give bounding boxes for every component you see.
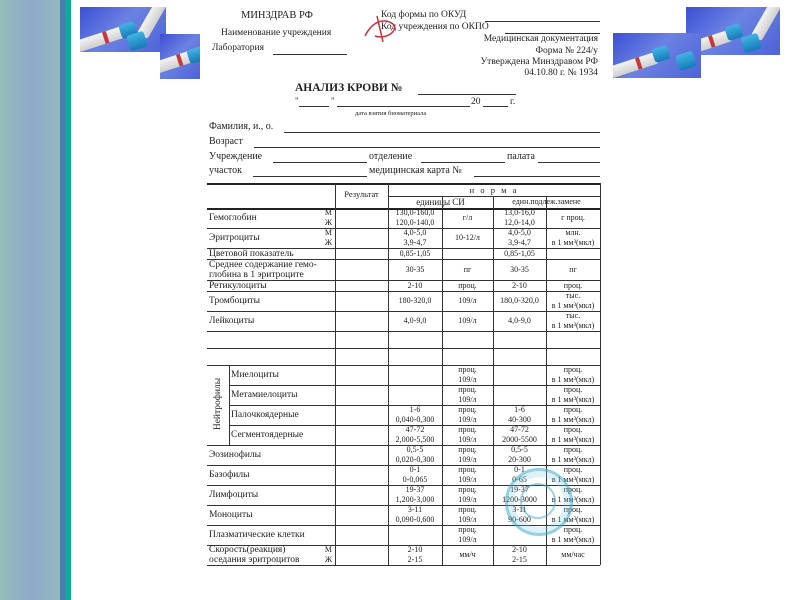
row-label: Ретикулоциты [209, 281, 267, 291]
si-range-cell: 0,85-1,05 [388, 249, 442, 259]
form-number: Форма № 224/у [536, 46, 598, 56]
neutrophils-group-label: Нейтрофилы [213, 371, 223, 437]
si-range-cell: 1-6 0,040-0,300 [388, 405, 442, 425]
institution-field-label: Учреждение [209, 151, 262, 162]
si-unit-cell: 10-12/л [442, 233, 493, 243]
alt-unit-cell: проц. в 1 мм³(мкл) [546, 405, 600, 425]
row-label: Моноциты [209, 510, 253, 520]
result-cell[interactable] [335, 280, 388, 291]
result-cell[interactable] [335, 545, 388, 565]
department-label: отделение [369, 151, 412, 162]
form-title: АНАЛИЗ КРОВИ № [295, 82, 402, 94]
row-label: Эозинофилы [209, 450, 261, 460]
si-range-cell: 4,0-5,0 3,9-4,7 [388, 228, 442, 248]
sex-marker: М Ж [315, 228, 332, 248]
column-divider [600, 183, 601, 565]
row-divider [207, 331, 600, 332]
alt-range-cell: 4,0-5,0 3,9-4,7 [493, 228, 546, 248]
okud-field[interactable] [485, 21, 600, 22]
row-label: Базофилы [209, 470, 249, 480]
result-cell[interactable] [335, 485, 388, 505]
sidebar-accent-strip-teal [65, 0, 71, 600]
alt-unit-cell: пг [546, 265, 600, 275]
slide-sidebar [0, 0, 60, 600]
si-range-cell: 0,5-5 0,020-0,300 [388, 445, 442, 465]
row-divider [207, 311, 600, 312]
alt-range-cell: 1-6 40-300 [493, 405, 546, 425]
row-label: Лейкоциты [209, 316, 254, 326]
result-cell[interactable] [335, 291, 388, 311]
column-divider [493, 196, 494, 565]
row-divider [207, 565, 600, 566]
alt-range-cell: 47-72 2000-5500 [493, 425, 546, 445]
laboratory-label: Лаборатория [212, 43, 264, 53]
approved-date: 04.10.80 г. № 1934 [524, 68, 598, 78]
si-range-cell: 4,0-9,0 [388, 316, 442, 326]
alt-range-cell: 0,85-1,05 [493, 249, 546, 259]
med-card-field[interactable] [474, 176, 600, 177]
row-divider [207, 348, 600, 349]
official-stamp [505, 468, 573, 536]
result-cell[interactable] [335, 425, 388, 445]
result-cell[interactable] [335, 405, 388, 425]
ward-field[interactable] [538, 162, 600, 163]
analysis-number-field[interactable] [418, 94, 516, 95]
age-label: Возраст [209, 136, 243, 147]
si-range-cell: 19-37 1,200-3,000 [388, 485, 442, 505]
result-cell[interactable] [335, 208, 388, 228]
district-field[interactable] [253, 176, 367, 177]
si-unit-cell: 109/л [442, 296, 493, 306]
blood-tubes-photo [160, 34, 200, 79]
signature-mark [363, 14, 403, 44]
name-label: Фамилия, и., о. [209, 121, 273, 132]
si-range-cell: 30-35 [388, 265, 442, 275]
district-label: участок [209, 165, 242, 176]
alt-range-cell: 4,0-9,0 [493, 316, 546, 326]
group-divider [229, 365, 230, 445]
row-label: Тромбоциты [209, 296, 260, 306]
row-label: Плазматические клетки [209, 530, 305, 540]
alt-unit-cell: проц. в 1 мм³(мкл) [546, 425, 600, 445]
alt-unit-cell: проц. [546, 281, 600, 291]
column-divider [388, 183, 389, 565]
result-cell[interactable] [335, 228, 388, 248]
result-cell[interactable] [335, 311, 388, 331]
result-cell[interactable] [335, 525, 388, 545]
date-caption: дата взятия биоматериала [355, 110, 426, 117]
result-cell[interactable] [335, 385, 388, 405]
row-label: Палочкоядерные [231, 410, 299, 420]
institution-label: Наименование учреждения [221, 28, 331, 38]
date-month-field[interactable] [337, 106, 470, 107]
si-range-cell: 47-72 2,000-5,500 [388, 425, 442, 445]
alt-unit-cell: тыс. в 1 мм³(мкл) [546, 291, 600, 311]
date-quote-open: " [295, 96, 299, 106]
institution-field[interactable] [273, 162, 367, 163]
ward-label: палата [507, 151, 535, 162]
alt-unit-cell: млн. в 1 мм³(мкл) [546, 228, 600, 248]
si-unit-cell: проц. 109/л [442, 405, 493, 425]
department-field[interactable] [421, 162, 505, 163]
alt-range-cell: 0,5-5 20-300 [493, 445, 546, 465]
row-label: Метамиелоциты [231, 390, 298, 400]
doc-type: Медицинская документация [484, 34, 598, 44]
alt-unit-cell: г проц. [546, 213, 600, 223]
si-unit-cell: проц. 109/л [442, 505, 493, 525]
alt-range-cell: 180,0-320,0 [493, 296, 546, 306]
alt-unit-cell: мм/час [546, 550, 600, 560]
si-unit-cell: проц. [442, 281, 493, 291]
alt-unit-cell: проц. в 1 мм³(мкл) [546, 445, 600, 465]
si-unit-cell: проц. 109/л [442, 425, 493, 445]
laboratory-field[interactable] [273, 54, 347, 55]
age-field[interactable] [254, 147, 600, 148]
alt-unit-cell: тыс. в 1 мм³(мкл) [546, 311, 600, 331]
row-label: Эритроциты [209, 233, 260, 243]
alt-unit-cell: проц. в 1 мм³(мкл) [546, 385, 600, 405]
ministry-heading: МИНЗДРАВ РФ [241, 10, 313, 21]
result-cell[interactable] [335, 465, 388, 485]
column-divider [442, 196, 443, 565]
si-range-cell: 2-10 2-15 [388, 545, 442, 565]
approved-by: Утверждена Минздравом РФ [480, 57, 598, 67]
date-year-suffix: г. [510, 97, 515, 107]
alt-range-cell: 13,0-16,0 12,0-14,0 [493, 208, 546, 228]
si-range-cell: 3-11 0,090-0,600 [388, 505, 442, 525]
blood-test-form: МИНЗДРАВ РФ Наименование учреждения Лабо… [200, 0, 610, 600]
date-year-prefix: 20 [471, 97, 481, 107]
sex-marker: М Ж [315, 208, 332, 228]
column-divider [335, 183, 336, 565]
name-field[interactable] [284, 132, 600, 133]
row-label: Сегментоядерные [231, 430, 303, 440]
med-card-label: медицинская карта № [369, 165, 462, 176]
result-cell[interactable] [335, 331, 388, 348]
row-divider [207, 365, 600, 366]
date-day-field[interactable] [299, 106, 329, 107]
si-units-header: единицы СИ [388, 197, 493, 207]
blood-tubes-photo [613, 33, 701, 78]
alt-unit-cell: проц. в 1 мм³(мкл) [546, 365, 600, 385]
result-header: Результат [335, 189, 388, 199]
si-unit-cell: 109/л [442, 316, 493, 326]
date-quote-close: " [331, 96, 335, 106]
si-unit-cell: мм/ч [442, 550, 493, 560]
si-unit-cell: проц. 109/л [442, 445, 493, 465]
row-label: Среднее содержание гемо- глобина в 1 эри… [209, 260, 317, 280]
row-divider [207, 291, 600, 292]
row-label: Гемоглобин [209, 213, 257, 223]
result-cell[interactable] [335, 259, 388, 280]
si-unit-cell: г/л [442, 213, 493, 223]
row-divider [229, 385, 600, 386]
row-label: Лимфоциты [209, 490, 258, 500]
blood-tubes-photo [80, 7, 166, 52]
si-range-cell: 2-10 [388, 281, 442, 291]
result-cell[interactable] [335, 348, 388, 365]
result-cell[interactable] [335, 248, 388, 259]
alt-range-cell: 2-10 [493, 281, 546, 291]
alt-range-cell: 30-35 [493, 265, 546, 275]
si-unit-cell: проц. 109/л [442, 365, 493, 385]
date-year-field[interactable] [483, 106, 508, 107]
si-unit-cell: проц. 109/л [442, 385, 493, 405]
si-unit-cell: проц. 109/л [442, 525, 493, 545]
si-unit-cell: пг [442, 265, 493, 275]
row-label: Цветовой показатель [209, 249, 294, 259]
norm-header: н о р м а [388, 185, 600, 195]
sex-marker: М Ж [315, 545, 332, 565]
si-range-cell: 180-320,0 [388, 296, 442, 306]
row-label: Скорость(реакция) оседания эритроцитов [209, 545, 299, 565]
result-cell[interactable] [335, 365, 388, 385]
si-unit-cell: проц. 109/л [442, 465, 493, 485]
row-label: Миелоциты [231, 370, 279, 380]
si-range-cell: 0-1 0-0,065 [388, 465, 442, 485]
alt-range-cell: 2-10 2-15 [493, 545, 546, 565]
result-cell[interactable] [335, 505, 388, 525]
result-cell[interactable] [335, 445, 388, 465]
si-unit-cell: проц. 109/л [442, 485, 493, 505]
si-range-cell: 130,0-160,0 120,0-140,0 [388, 208, 442, 228]
